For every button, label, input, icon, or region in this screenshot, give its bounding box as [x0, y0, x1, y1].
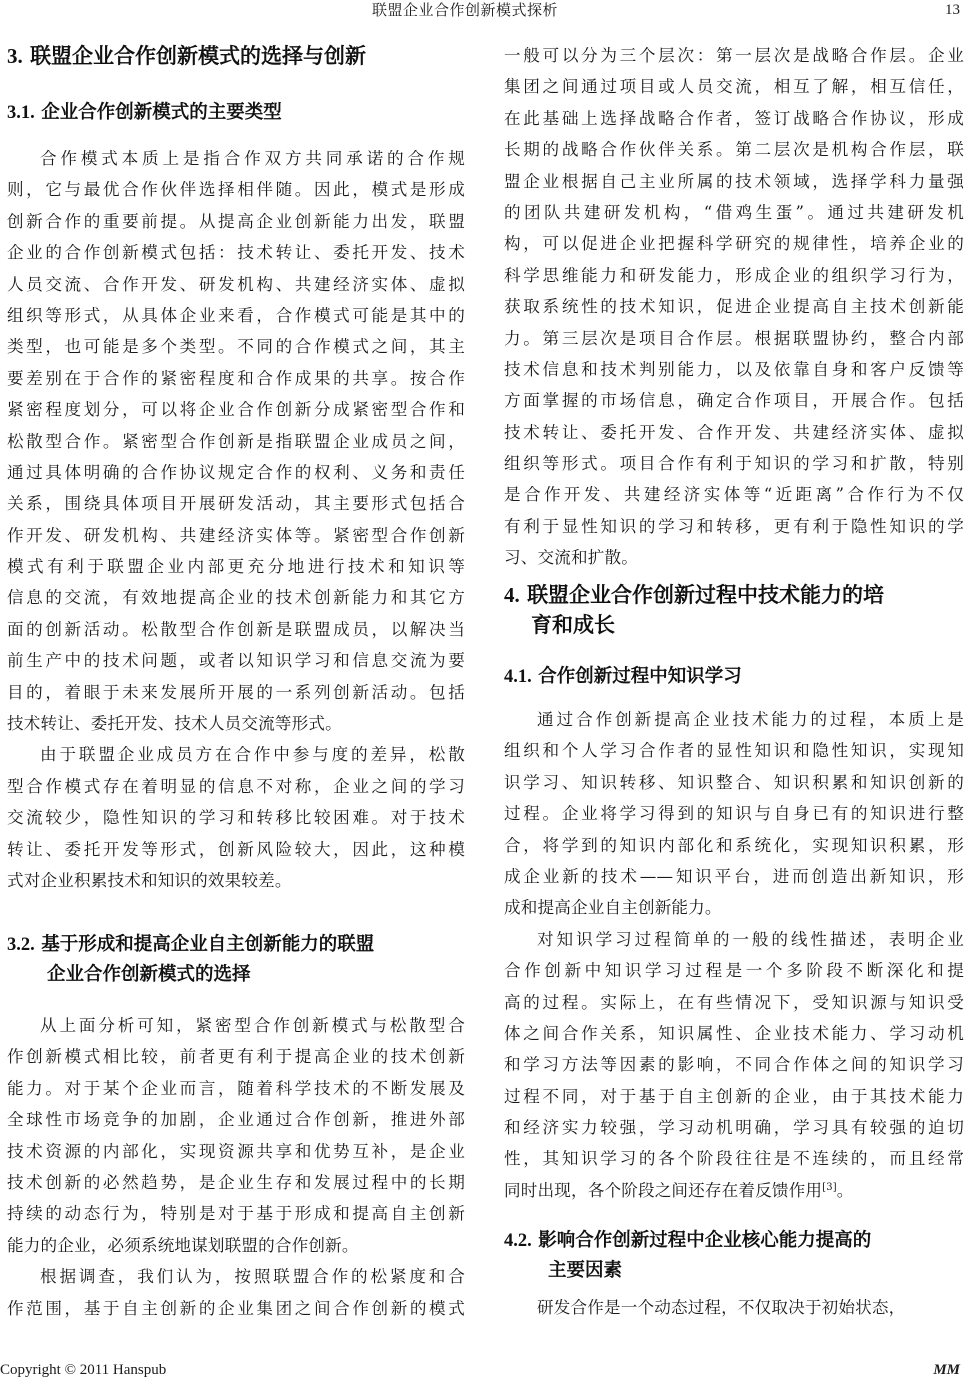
left-paragraph-1: 合作模式本质上是指合作双方共同承诺的合作规 则，它与最优合作伙伴选择相伴随。因此…	[7, 143, 465, 896]
section-title-line-1: 基于形成和提高企业自主创新能力的联盟	[41, 934, 374, 955]
text-line: 获取系统性的技术知识，促进企业提高自主技术创新能	[504, 291, 964, 322]
text-line: 企业的合作创新模式包括：技术转让、委托开发、技术	[7, 237, 465, 268]
text-fragment: 。	[837, 1181, 854, 1200]
text-line: 长期的战略合作伙伴关系。第二层次是机构合作层，联	[504, 134, 964, 165]
running-title: 联盟企业合作创新模式探析	[372, 0, 558, 20]
right-paragraph-1: 一般可以分为三个层次：第一层次是战略合作层。企业 集团之间通过项目或人员交流，相…	[504, 40, 964, 574]
copyright-notice: Copyright © 2011 Hanspub	[0, 1356, 166, 1384]
text-line: 在此基础上选择战略合作者，签订战略合作协议，形成	[504, 103, 964, 134]
text-line: 根据调查，我们认为，按照联盟合作的松紧度和合	[7, 1261, 465, 1292]
text-line: 从上面分析可知，紧密型合作创新模式与松散型合	[7, 1010, 465, 1041]
section-title-line-2: 主要因素	[504, 1256, 871, 1285]
text-line: 技术资源的内部化，实现资源共享和优势互补，是企业	[7, 1136, 465, 1167]
text-line: 要差别在于合作的紧密程度和合作成果的共享。按合作	[7, 363, 465, 394]
section-number: 3.	[7, 44, 23, 68]
text-line: 能力的企业，必须系统地谋划联盟的合作创新。	[7, 1230, 465, 1261]
text-line: 力。第三层次是项目合作层。根据联盟协约，整合内部	[504, 323, 964, 354]
left-paragraph-3: 从上面分析可知，紧密型合作创新模式与松散型合 作创新模式相比较，前者更有利于提高…	[7, 1010, 465, 1324]
text-line: 组织等形式。项目合作有利于知识的学习和扩散，特别	[504, 448, 964, 479]
text-line: 技术信息和技术判别能力，以及依靠自身和客户反馈等	[504, 354, 964, 385]
text-line: 持续的动态行为，特别是对于基于形成和提高自主创新	[7, 1198, 465, 1229]
text-line: 式对企业积累技术和知识的效果较差。	[7, 865, 465, 896]
text-line: 作开发、研发机构、共建经济实体等。紧密型合作创新	[7, 520, 465, 551]
text-line: 过程不同，对于基于自主创新的企业，由于其技术能力	[504, 1081, 964, 1112]
section-4-heading: 4. 联盟企业合作创新过程中技术能力的培 育和成长	[504, 580, 884, 640]
text-line: 通过具体明确的合作协议规定合作的权利、义务和责任	[7, 457, 465, 488]
text-line: 合作模式本质上是指合作双方共同承诺的合作规	[7, 143, 465, 174]
page-footer: Copyright © 2011 Hanspub MM	[0, 1356, 964, 1386]
section-number: 4.2.	[504, 1231, 532, 1251]
text-line: 人员交流、合作开发、研发机构、共建经济实体、虚拟	[7, 269, 465, 300]
journal-abbreviation: MM	[933, 1356, 960, 1384]
text-line-with-citation: 同时出现，各个阶段之间还存在着反馈作用[3]。	[504, 1175, 964, 1206]
text-line: 和学习方法等因素的影响，不同合作体之间的知识学习	[504, 1049, 964, 1080]
text-line: 构，可以促进企业把握科学研究的规律性，培养企业的	[504, 228, 964, 259]
text-line: 技术转让、委托开发、合作开发、共建经济实体、虚拟	[504, 417, 964, 448]
text-line: 交流较少，隐性知识的学习和转移比较困难。对于技术	[7, 802, 465, 833]
text-line: 面的创新活动。松散型合作创新是联盟成员，以解决当	[7, 614, 465, 645]
text-line: 类型，也可能是多个类型。不同的合作模式之间，其主	[7, 331, 465, 362]
section-number: 3.2.	[7, 935, 35, 955]
text-line: 组织和个人学习合作者的显性知识和隐性知识，实现知	[504, 735, 964, 766]
text-line: 信息的交流，有效地提高企业的技术创新能力和其它方	[7, 582, 465, 613]
text-line: 成企业新的技术——知识平台，进而创造出新知识，形	[504, 861, 964, 892]
text-line: 和经济实力较强，学习动机明确，学习具有较强的迫切	[504, 1112, 964, 1143]
text-line: 作创新模式相比较，前者更有利于提高企业的技术创新	[7, 1041, 465, 1072]
text-line: 性，其知识学习的各个阶段往往是不连续的，而且经常	[504, 1143, 964, 1174]
text-line: 识学习、知识转移、知识整合、知识积累和知识创新的	[504, 767, 964, 798]
section-3-2-heading: 3.2. 基于形成和提高企业自主创新能力的联盟 企业合作创新模式的选择	[7, 930, 374, 989]
text-line: 集团之间通过项目或人员交流，相互了解，相互信任，	[504, 71, 964, 102]
text-line: 前生产中的技术问题，或者以知识学习和信息交流为要	[7, 645, 465, 676]
text-line: 由于联盟企业成员方在合作中参与度的差异，松散	[7, 739, 465, 770]
text-line: 紧密程度划分，可以将企业合作创新分成紧密型合作和	[7, 394, 465, 425]
section-4-1-heading: 4.1. 合作创新过程中知识学习	[504, 662, 742, 692]
running-header: 联盟企业合作创新模式探析 13	[0, 0, 964, 22]
right-paragraph-2: 通过合作创新提高企业技术能力的过程，本质上是 组织和个人学习合作者的显性知识和隐…	[504, 704, 964, 1206]
section-title: 企业合作创新模式的主要类型	[41, 102, 282, 123]
section-title-line-2: 育和成长	[504, 610, 884, 640]
text-line: 则，它与最优合作伙伴选择相伴随。因此，模式是形成	[7, 174, 465, 205]
right-paragraph-4: 研发合作是一个动态过程，不仅取决于初始状态，	[504, 1292, 964, 1323]
text-line: 的团队共建研发机构，“借鸡生蛋”。通过共建研发机	[504, 197, 964, 228]
text-line: 技术创新的必然趋势，是企业生存和发展过程中的长期	[7, 1167, 465, 1198]
text-line: 科学思维能力和研发能力，形成企业的组织学习行为，	[504, 260, 964, 291]
section-4-2-heading: 4.2. 影响合作创新过程中企业核心能力提高的 主要因素	[504, 1226, 871, 1285]
section-number: 3.1.	[7, 103, 35, 123]
text-line: 松散型合作。紧密型合作创新是指联盟企业成员之间，	[7, 426, 465, 457]
text-line: 创新合作的重要前提。从提高企业创新能力出发，联盟	[7, 206, 465, 237]
text-line: 一般可以分为三个层次：第一层次是战略合作层。企业	[504, 40, 964, 71]
text-fragment: 同时出现，各个阶段之间还存在着反馈作用	[504, 1181, 822, 1200]
section-number: 4.1.	[504, 667, 532, 687]
text-line: 高的过程。实际上，在有些情况下，受知识源与知识受	[504, 987, 964, 1018]
text-line: 转让、委托开发等形式，创新风险较大，因此，这种模	[7, 834, 465, 865]
section-title-line-2: 企业合作创新模式的选择	[7, 960, 374, 989]
text-line: 关系，围绕具体项目开展研发活动，其主要形式包括合	[7, 488, 465, 519]
text-line: 模式有利于联盟企业内部更充分地进行技术和知识等	[7, 551, 465, 582]
text-line: 研发合作是一个动态过程，不仅取决于初始状态，	[504, 1292, 964, 1323]
text-line: 对知识学习过程简单的一般的线性描述，表明企业	[504, 924, 964, 955]
text-line: 方面掌握的市场信息，确定合作项目，开展合作。包括	[504, 385, 964, 416]
text-line: 合，将学到的知识内部化和系统化，实现知识积累，形	[504, 830, 964, 861]
text-line: 能力。对于某个企业而言，随着科学技术的不断发展及	[7, 1073, 465, 1104]
page-number: 13	[945, 0, 960, 20]
section-title: 合作创新过程中知识学习	[538, 666, 742, 687]
text-line: 型合作模式存在着明显的信息不对称，企业之间的学习	[7, 771, 465, 802]
text-line: 有利于显性知识的学习和转移，更有利于隐性知识的学	[504, 511, 964, 542]
section-3-heading: 3. 联盟企业合作创新模式的选择与创新	[7, 41, 366, 71]
section-title: 联盟企业合作创新模式的选择与创新	[30, 44, 366, 68]
text-line: 目的，着眼于未来发展所开展的一系列创新活动。包括	[7, 677, 465, 708]
text-line: 组织等形式，从具体企业来看，合作模式可能是其中的	[7, 300, 465, 331]
text-line: 全球性市场竞争的加剧，企业通过合作创新，推进外部	[7, 1104, 465, 1135]
section-number: 4.	[504, 583, 520, 607]
section-title-line-1: 联盟企业合作创新过程中技术能力的培	[527, 583, 884, 607]
text-line: 成和提高企业自主创新能力。	[504, 892, 964, 923]
text-line: 习、交流和扩散。	[504, 542, 964, 573]
section-title-line-1: 影响合作创新过程中企业核心能力提高的	[538, 1230, 871, 1251]
citation-link[interactable]: [3]	[822, 1182, 837, 1193]
text-line: 合作创新中知识学习过程是一个多阶段不断深化和提	[504, 955, 964, 986]
text-line: 体之间合作关系，知识属性、企业技术能力、学习动机	[504, 1018, 964, 1049]
text-line: 作范围，基于自主创新的企业集团之间合作创新的模式	[7, 1293, 465, 1324]
text-line: 盟企业根据自己主业所属的技术领域，选择学科力量强	[504, 166, 964, 197]
text-line: 过程。企业将学习得到的知识与自身已有的知识进行整	[504, 798, 964, 829]
section-3-1-heading: 3.1. 企业合作创新模式的主要类型	[7, 98, 282, 128]
text-line: 通过合作创新提高企业技术能力的过程，本质上是	[504, 704, 964, 735]
text-line: 是合作开发、共建经济实体等“近距离”合作行为不仅	[504, 479, 964, 510]
text-line: 技术转让、委托开发、技术人员交流等形式。	[7, 708, 465, 739]
